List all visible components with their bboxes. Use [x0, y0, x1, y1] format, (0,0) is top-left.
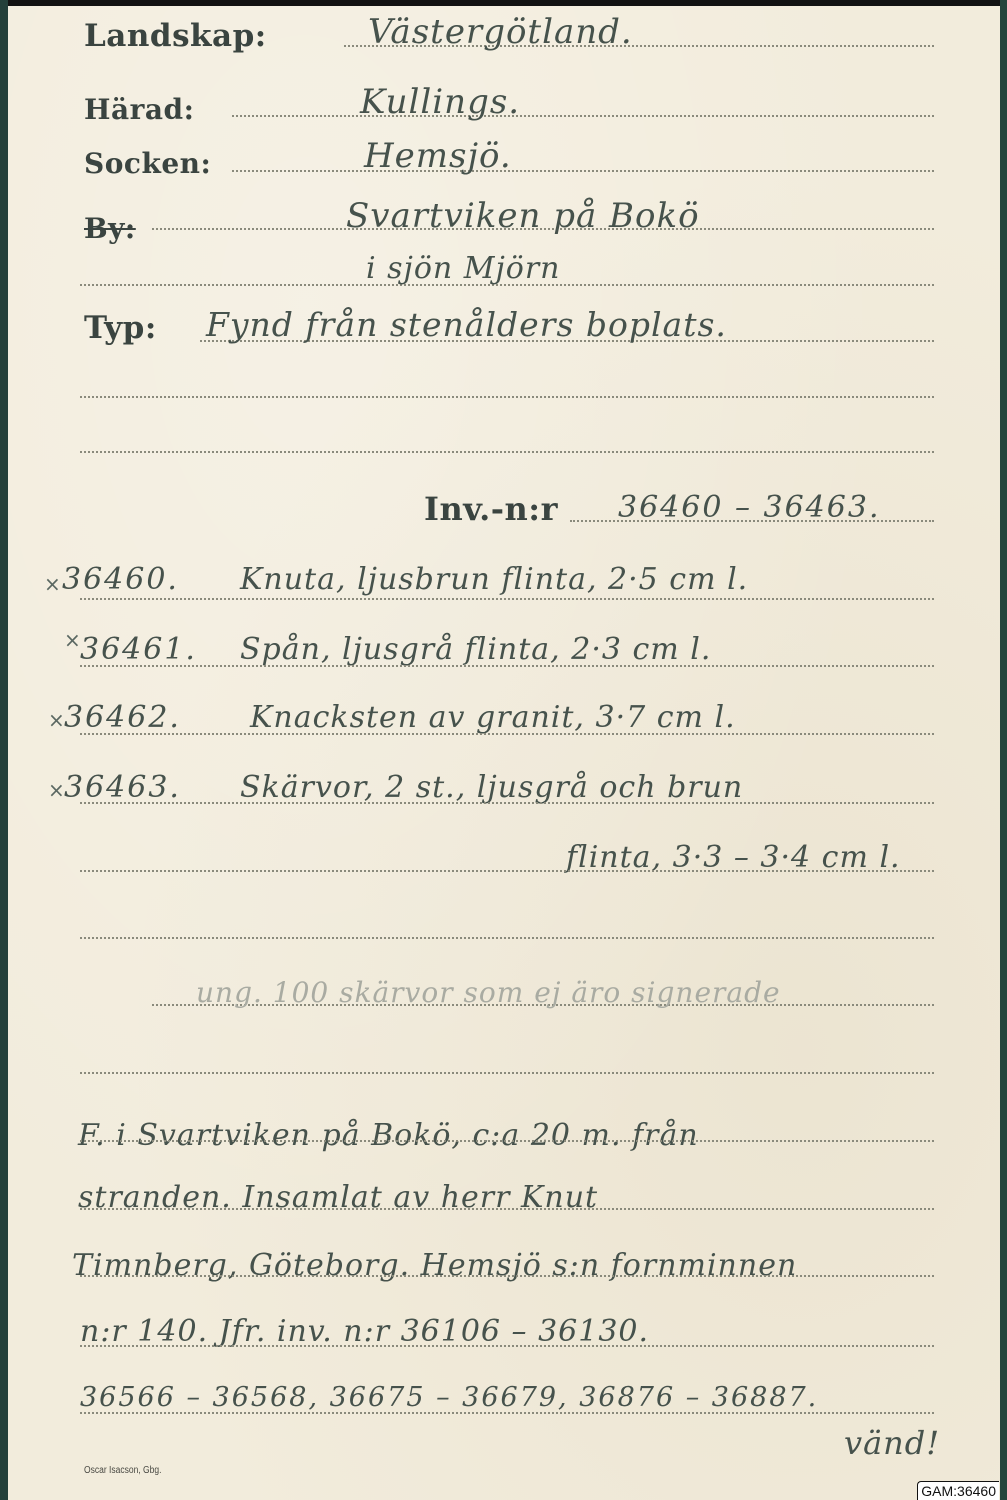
inv-label: Inv.-n:r	[424, 490, 558, 528]
left-edge	[0, 0, 8, 1500]
note-rule	[80, 1208, 934, 1210]
printer-imprint: Oscar Isacson, Gbg.	[84, 1465, 161, 1476]
landskap-label: Landskap:	[84, 18, 267, 54]
landskap-value: Västergötland.	[368, 12, 633, 52]
harad-value: Kullings.	[360, 82, 520, 122]
top-edge	[0, 0, 1007, 6]
pencil-note: ung. 100 skärvor som ej äro signerade	[196, 976, 781, 1009]
blank-line-1	[80, 396, 934, 398]
note-rule	[80, 1275, 934, 1277]
item-text: Knuta, ljusbrun flinta, 2·5 cm l.	[240, 562, 748, 597]
note-line: n:r 140. Jfr. inv. n:r 36106 – 36130.	[80, 1314, 649, 1349]
socken-label: Socken:	[84, 147, 211, 180]
by-value-line1: Svartviken på Bokö	[346, 196, 700, 236]
by-label: By:	[84, 212, 136, 245]
item-number: 36463.	[64, 770, 181, 805]
check-mark-icon: ×	[64, 628, 81, 652]
item-number: 36460.	[62, 562, 179, 597]
item-line	[80, 733, 934, 735]
item-text: Spån, ljusgrå flinta, 2·3 cm l.	[240, 632, 711, 667]
item-text: Skärvor, 2 st., ljusgrå och brun	[240, 770, 743, 805]
note-line: 36566 – 36568, 36675 – 36679, 36876 – 36…	[80, 1382, 818, 1413]
blank-line-2	[80, 451, 934, 453]
harad-label: Härad:	[84, 93, 194, 126]
item-number: 36461.	[80, 632, 197, 667]
by-value-line2: i sjön Mjörn	[366, 251, 561, 286]
blank-line-4	[80, 1072, 934, 1074]
item-line	[80, 802, 934, 804]
item-number: 36462.	[64, 700, 181, 735]
socken-line	[232, 170, 934, 172]
catalog-tag: GAM:36460	[917, 1481, 999, 1500]
note-line: F. i Svartviken på Bokö, c:a 20 m. från	[78, 1118, 699, 1153]
item-line	[80, 870, 934, 872]
item-line	[80, 598, 934, 600]
note-rule	[80, 1140, 934, 1142]
inv-range: 36460 – 36463.	[618, 490, 880, 525]
typ-label: Typ:	[84, 310, 157, 346]
check-mark-icon: ×	[48, 778, 65, 802]
right-edge	[1000, 0, 1007, 1500]
turn-over-note: vänd!	[844, 1424, 940, 1462]
note-rule	[80, 1345, 934, 1347]
item-text: Knacksten av granit, 3·7 cm l.	[250, 700, 736, 735]
check-mark-icon: ×	[44, 572, 61, 596]
socken-value: Hemsjö.	[364, 136, 512, 176]
harad-line	[232, 115, 934, 117]
note-line: Timnberg, Göteborg. Hemsjö s:n fornminne…	[72, 1248, 797, 1283]
item-line	[80, 665, 934, 667]
check-mark-icon: ×	[48, 708, 65, 732]
note-rule	[80, 1412, 934, 1414]
blank-line-3	[80, 937, 934, 939]
typ-value: Fynd från stenålders boplats.	[206, 305, 727, 344]
